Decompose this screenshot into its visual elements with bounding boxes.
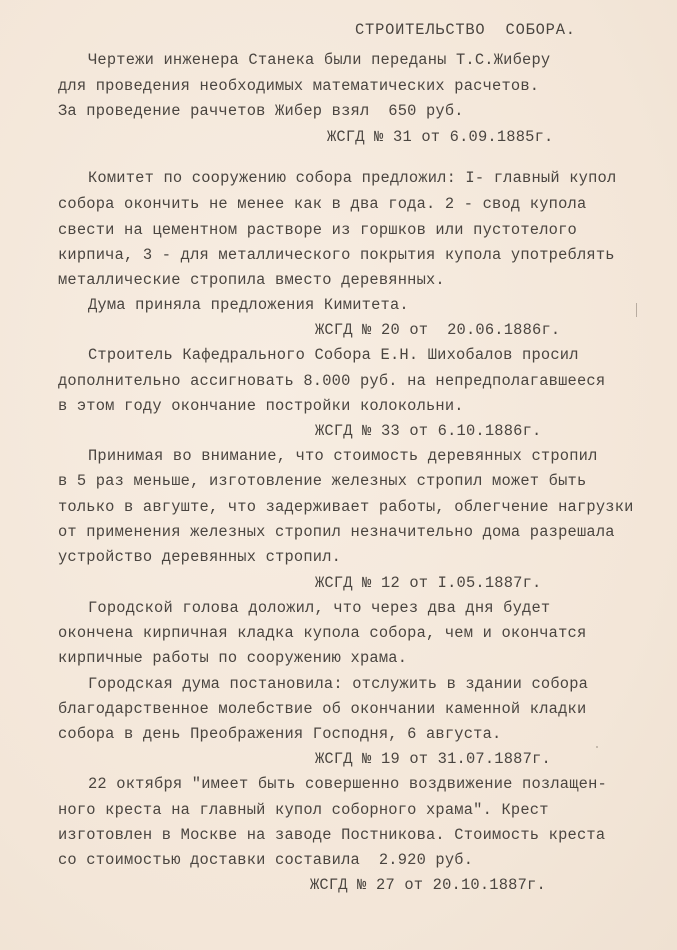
- text-line: Дума приняла предложения Кимитета.: [88, 293, 409, 317]
- text-line: окончена кирпичная кладка купола собора,…: [58, 621, 586, 645]
- paper-speck: [596, 746, 598, 748]
- source-reference: ЖСГД № 12 от I.05.1887г.: [315, 571, 541, 595]
- text-line: металлические стропила вместо деревянных…: [58, 268, 445, 292]
- source-reference: ЖСГД № 19 от 31.07.1887г.: [315, 747, 551, 771]
- text-line: устройство деревянных стропил.: [58, 545, 341, 569]
- source-reference: ЖСГД № 33 от 6.10.1886г.: [315, 419, 541, 443]
- text-line: Городской голова доложил, что через два …: [88, 596, 550, 620]
- text-line: в этом году окончание постройки колоколь…: [58, 394, 464, 418]
- document-title: СТРОИТЕЛЬСТВО СОБОРА.: [355, 18, 576, 42]
- text-line: 22 октября "имеет быть совершенно воздви…: [88, 772, 607, 796]
- text-line: Строитель Кафедрального Собора Е.Н. Шихо…: [88, 343, 579, 367]
- text-line: от применения железных стропил незначите…: [58, 520, 615, 544]
- text-line: для проведения необходимых математически…: [58, 74, 539, 98]
- text-line: собора в день Преображения Господня, 6 а…: [58, 722, 502, 746]
- text-line: ного креста на главный купол соборного х…: [58, 798, 549, 822]
- text-line: благодарственное молебствие об окончании…: [58, 697, 586, 721]
- text-line: свести на цементном растворе из горшков …: [58, 218, 577, 242]
- paper-mark: [636, 303, 637, 317]
- source-reference: ЖСГД № 31 от 6.09.1885г.: [327, 125, 553, 149]
- text-line: За проведение раччетов Жибер взял 650 ру…: [58, 99, 464, 123]
- typewritten-page: СТРОИТЕЛЬСТВО СОБОРА. Чертежи инженера С…: [0, 0, 677, 950]
- text-line: в 5 раз меньше, изготовление железных ст…: [58, 469, 586, 493]
- text-line: только в авгуште, что задерживает работы…: [58, 495, 634, 519]
- text-line: кирпича, 3 - для металлического покрытия…: [58, 243, 615, 267]
- text-line: Городская дума постановила: отслужить в …: [88, 672, 588, 696]
- text-line: дополнительно ассигновать 8.000 руб. на …: [58, 369, 605, 393]
- text-line: Комитет по сооружению собора предложил: …: [88, 166, 616, 190]
- text-line: Принимая во внимание, что стоимость дере…: [88, 444, 598, 468]
- source-reference: ЖСГД № 27 от 20.10.1887г.: [310, 873, 546, 897]
- text-line: собора окончить не менее как в два года.…: [58, 192, 586, 216]
- text-line: Чертежи инженера Станека были переданы Т…: [88, 48, 550, 72]
- text-line: со стоимостью доставки составила 2.920 р…: [58, 848, 473, 872]
- source-reference: ЖСГД № 20 от 20.06.1886г.: [315, 318, 560, 342]
- text-line: изготовлен в Москве на заводе Постникова…: [58, 823, 605, 847]
- text-line: кирпичные работы по сооружению храма.: [58, 646, 407, 670]
